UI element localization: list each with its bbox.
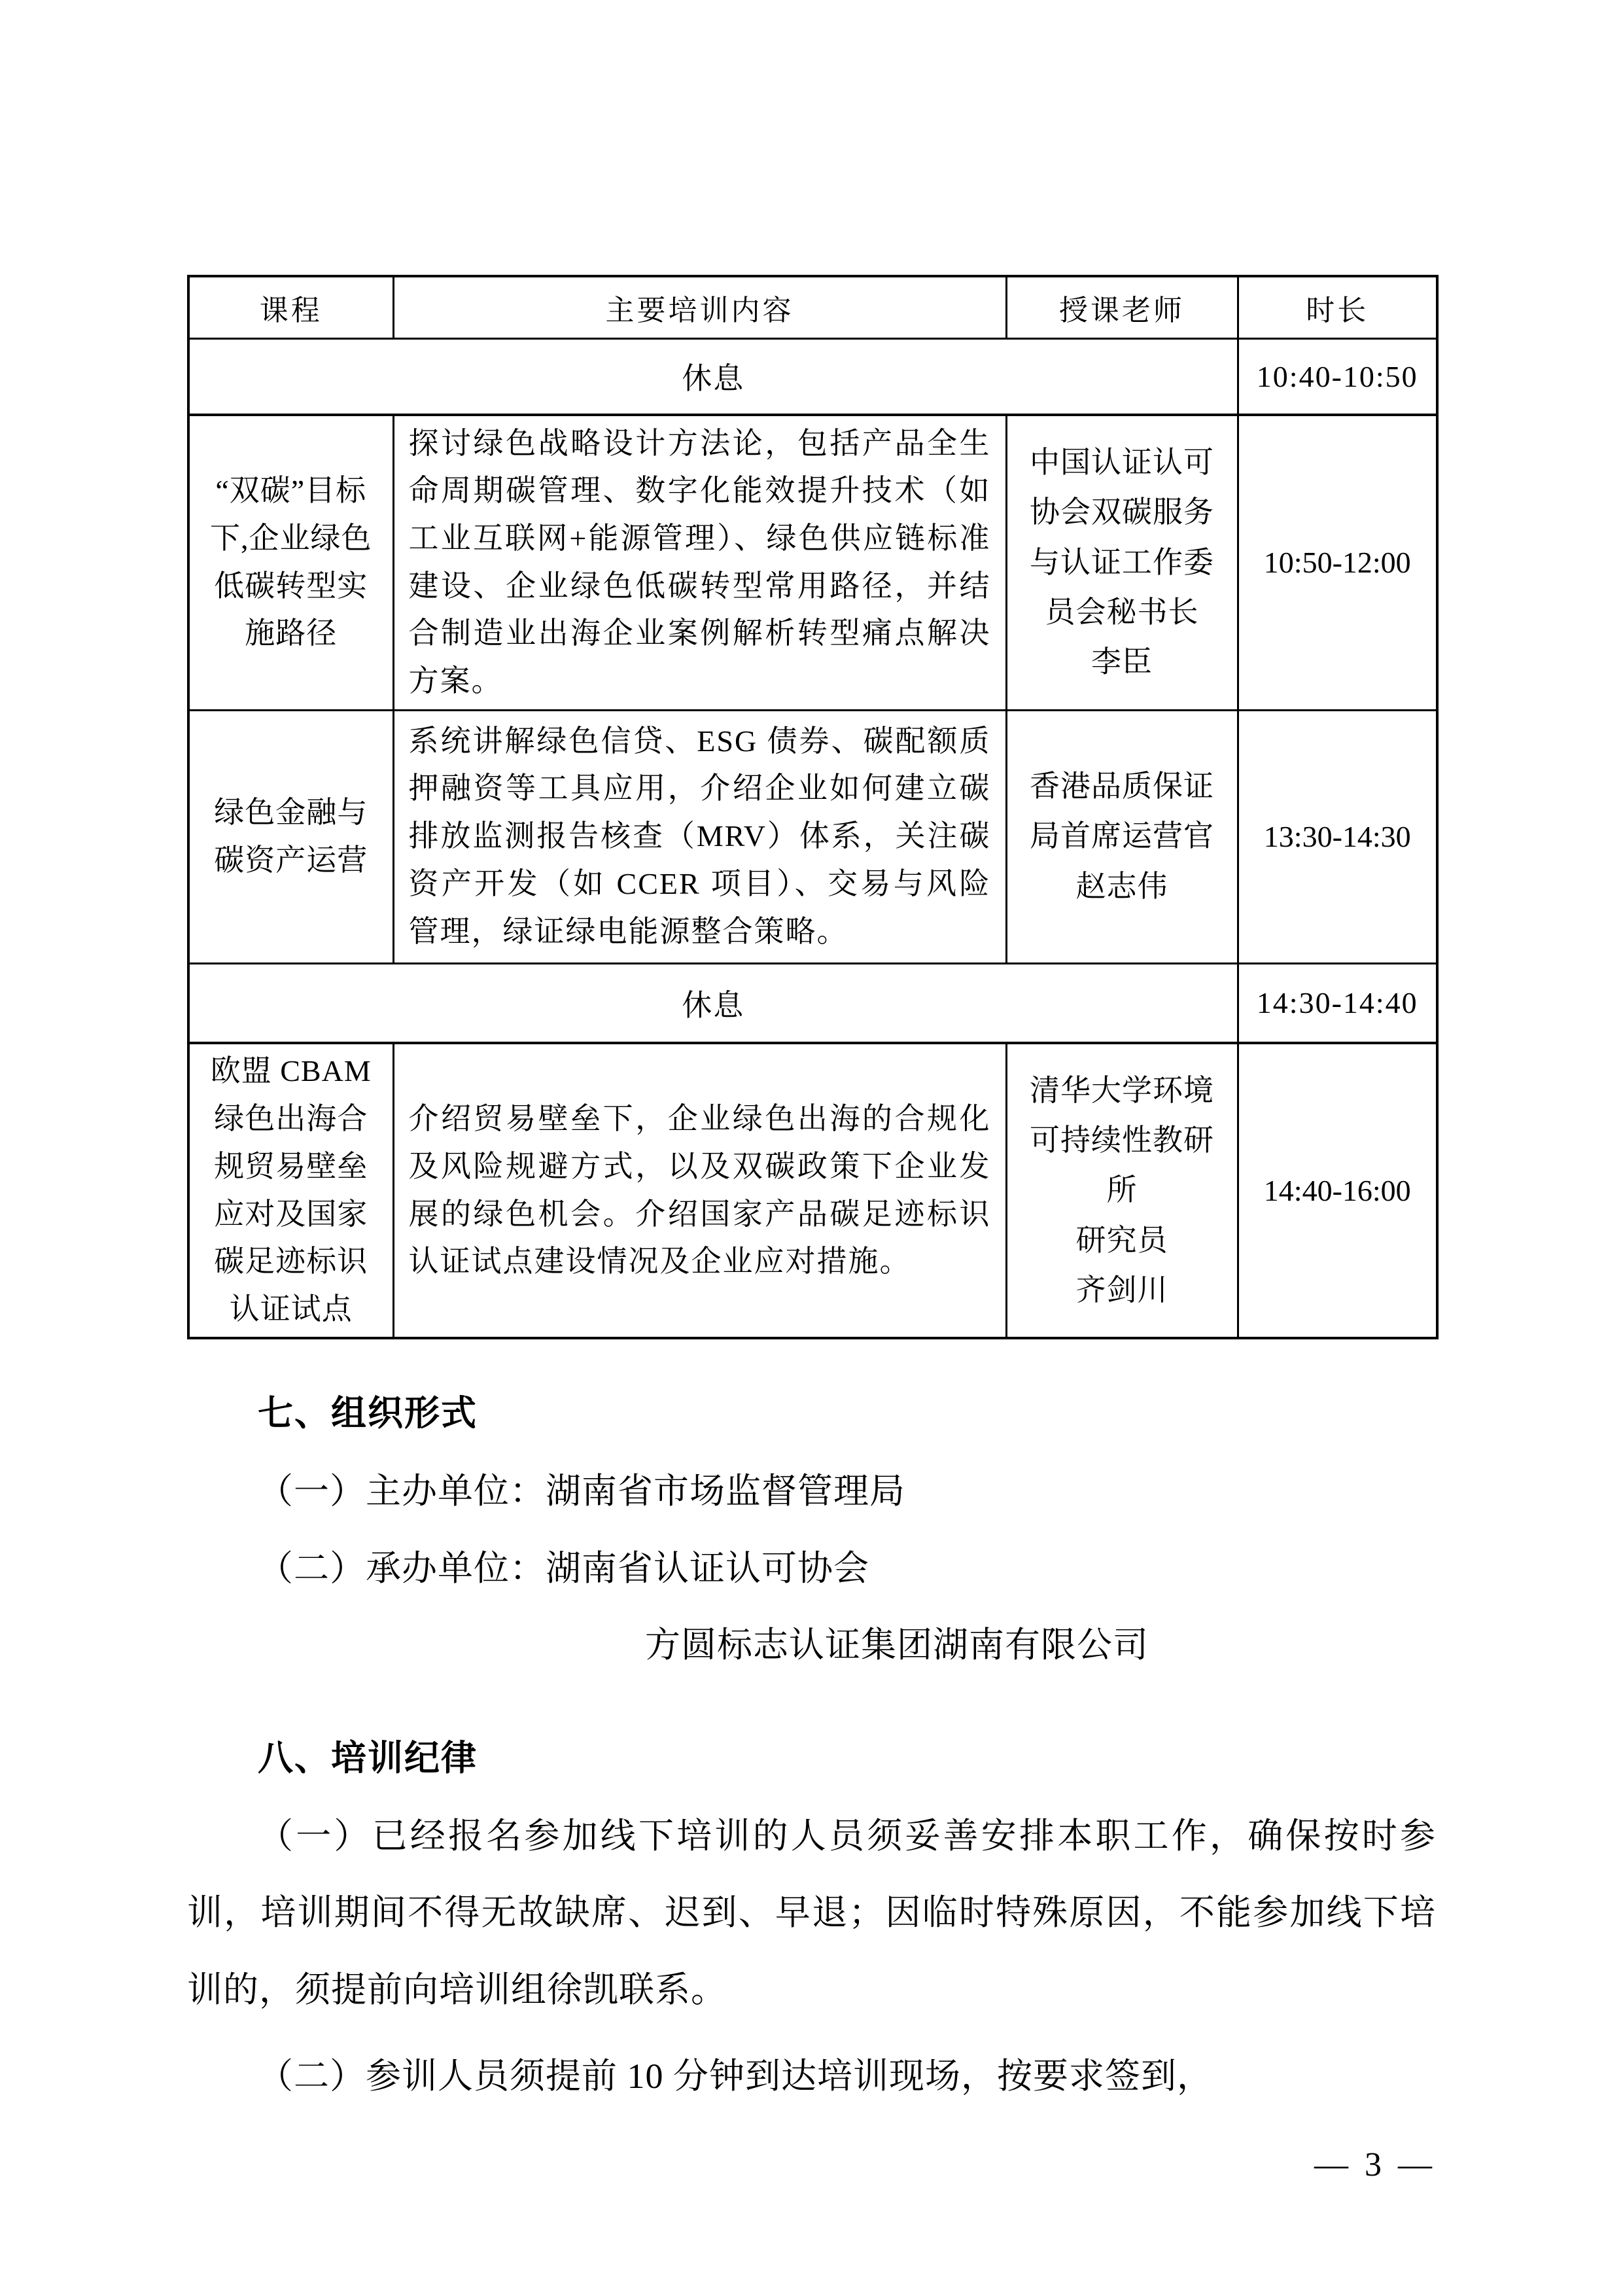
organizer-item-undertaker-continued: 方圆标志认证集团湖南有限公司 bbox=[645, 1607, 1436, 1684]
header-cell-teacher: 授课老师 bbox=[1006, 276, 1238, 338]
organizer-item-undertaker: （二）承办单位：湖南省认证认可协会 bbox=[187, 1530, 1436, 1608]
course-cell: “双碳”目标下,企业绿色低碳转型实施路径 bbox=[188, 415, 393, 710]
break-time-cell: 14:30-14:40 bbox=[1238, 963, 1437, 1043]
training-schedule-table: 课程 主要培训内容 授课老师 时长 休息 10:40-10:50 “双碳”目标下… bbox=[187, 275, 1439, 1339]
section-heading-organization: 七、组织形式 bbox=[187, 1384, 1436, 1444]
header-cell-content: 主要培训内容 bbox=[393, 276, 1006, 338]
course-row-dual-carbon: “双碳”目标下,企业绿色低碳转型实施路径 探讨绿色战略设计方法论，包括产品全生命… bbox=[188, 415, 1437, 710]
time-cell: 13:30-14:30 bbox=[1238, 710, 1437, 963]
content-cell: 介绍贸易壁垒下，企业绿色出海的合规化及风险规避方式，以及双碳政策下企业发展的绿色… bbox=[393, 1043, 1006, 1338]
teacher-cell: 中国认证认可协会双碳服务与认证工作委员会秘书长 李臣 bbox=[1006, 415, 1238, 710]
organizer-item-host: （一）主办单位：湖南省市场监督管理局 bbox=[187, 1453, 1436, 1530]
course-cell: 欧盟 CBAM 绿色出海合规贸易壁垒应对及国家碳足迹标识认证试点 bbox=[188, 1043, 393, 1338]
course-cell: 绿色金融与碳资产运营 bbox=[188, 710, 393, 963]
break-time-cell: 10:40-10:50 bbox=[1238, 338, 1437, 415]
time-cell: 10:50-12:00 bbox=[1238, 415, 1437, 710]
page-number: — 3 — bbox=[187, 2146, 1436, 2184]
discipline-paragraph-2: （二）参训人员须提前 10 分钟到达培训现场，按要求签到， bbox=[187, 2038, 1436, 2115]
discipline-paragraph-1: （一）已经报名参加线下培训的人员须妥善安排本职工作，确保按时参训，培训期间不得无… bbox=[187, 1798, 1436, 2029]
section-heading-discipline: 八、培训纪律 bbox=[187, 1729, 1436, 1789]
break-row-afternoon: 休息 14:30-14:40 bbox=[188, 963, 1437, 1043]
course-row-cbam: 欧盟 CBAM 绿色出海合规贸易壁垒应对及国家碳足迹标识认证试点 介绍贸易壁垒下… bbox=[188, 1043, 1437, 1338]
teacher-cell: 香港品质保证局首席运营官 赵志伟 bbox=[1006, 710, 1238, 963]
document-page: 课程 主要培训内容 授课老师 时长 休息 10:40-10:50 “双碳”目标下… bbox=[0, 0, 1623, 2296]
break-label-cell: 休息 bbox=[188, 963, 1238, 1043]
break-row-morning: 休息 10:40-10:50 bbox=[188, 338, 1437, 415]
content-cell: 探讨绿色战略设计方法论，包括产品全生命周期碳管理、数字化能效提升技术（如工业互联… bbox=[393, 415, 1006, 710]
time-cell: 14:40-16:00 bbox=[1238, 1043, 1437, 1338]
content-cell: 系统讲解绿色信贷、ESG 债券、碳配额质押融资等工具应用，介绍企业如何建立碳排放… bbox=[393, 710, 1006, 963]
teacher-cell: 清华大学环境可持续性教研所 研究员 齐剑川 bbox=[1006, 1043, 1238, 1338]
header-cell-duration: 时长 bbox=[1238, 276, 1437, 338]
table-header-row: 课程 主要培训内容 授课老师 时长 bbox=[188, 276, 1437, 338]
course-row-green-finance: 绿色金融与碳资产运营 系统讲解绿色信贷、ESG 债券、碳配额质押融资等工具应用，… bbox=[188, 710, 1437, 963]
break-label-cell: 休息 bbox=[188, 338, 1238, 415]
header-cell-course: 课程 bbox=[188, 276, 393, 338]
